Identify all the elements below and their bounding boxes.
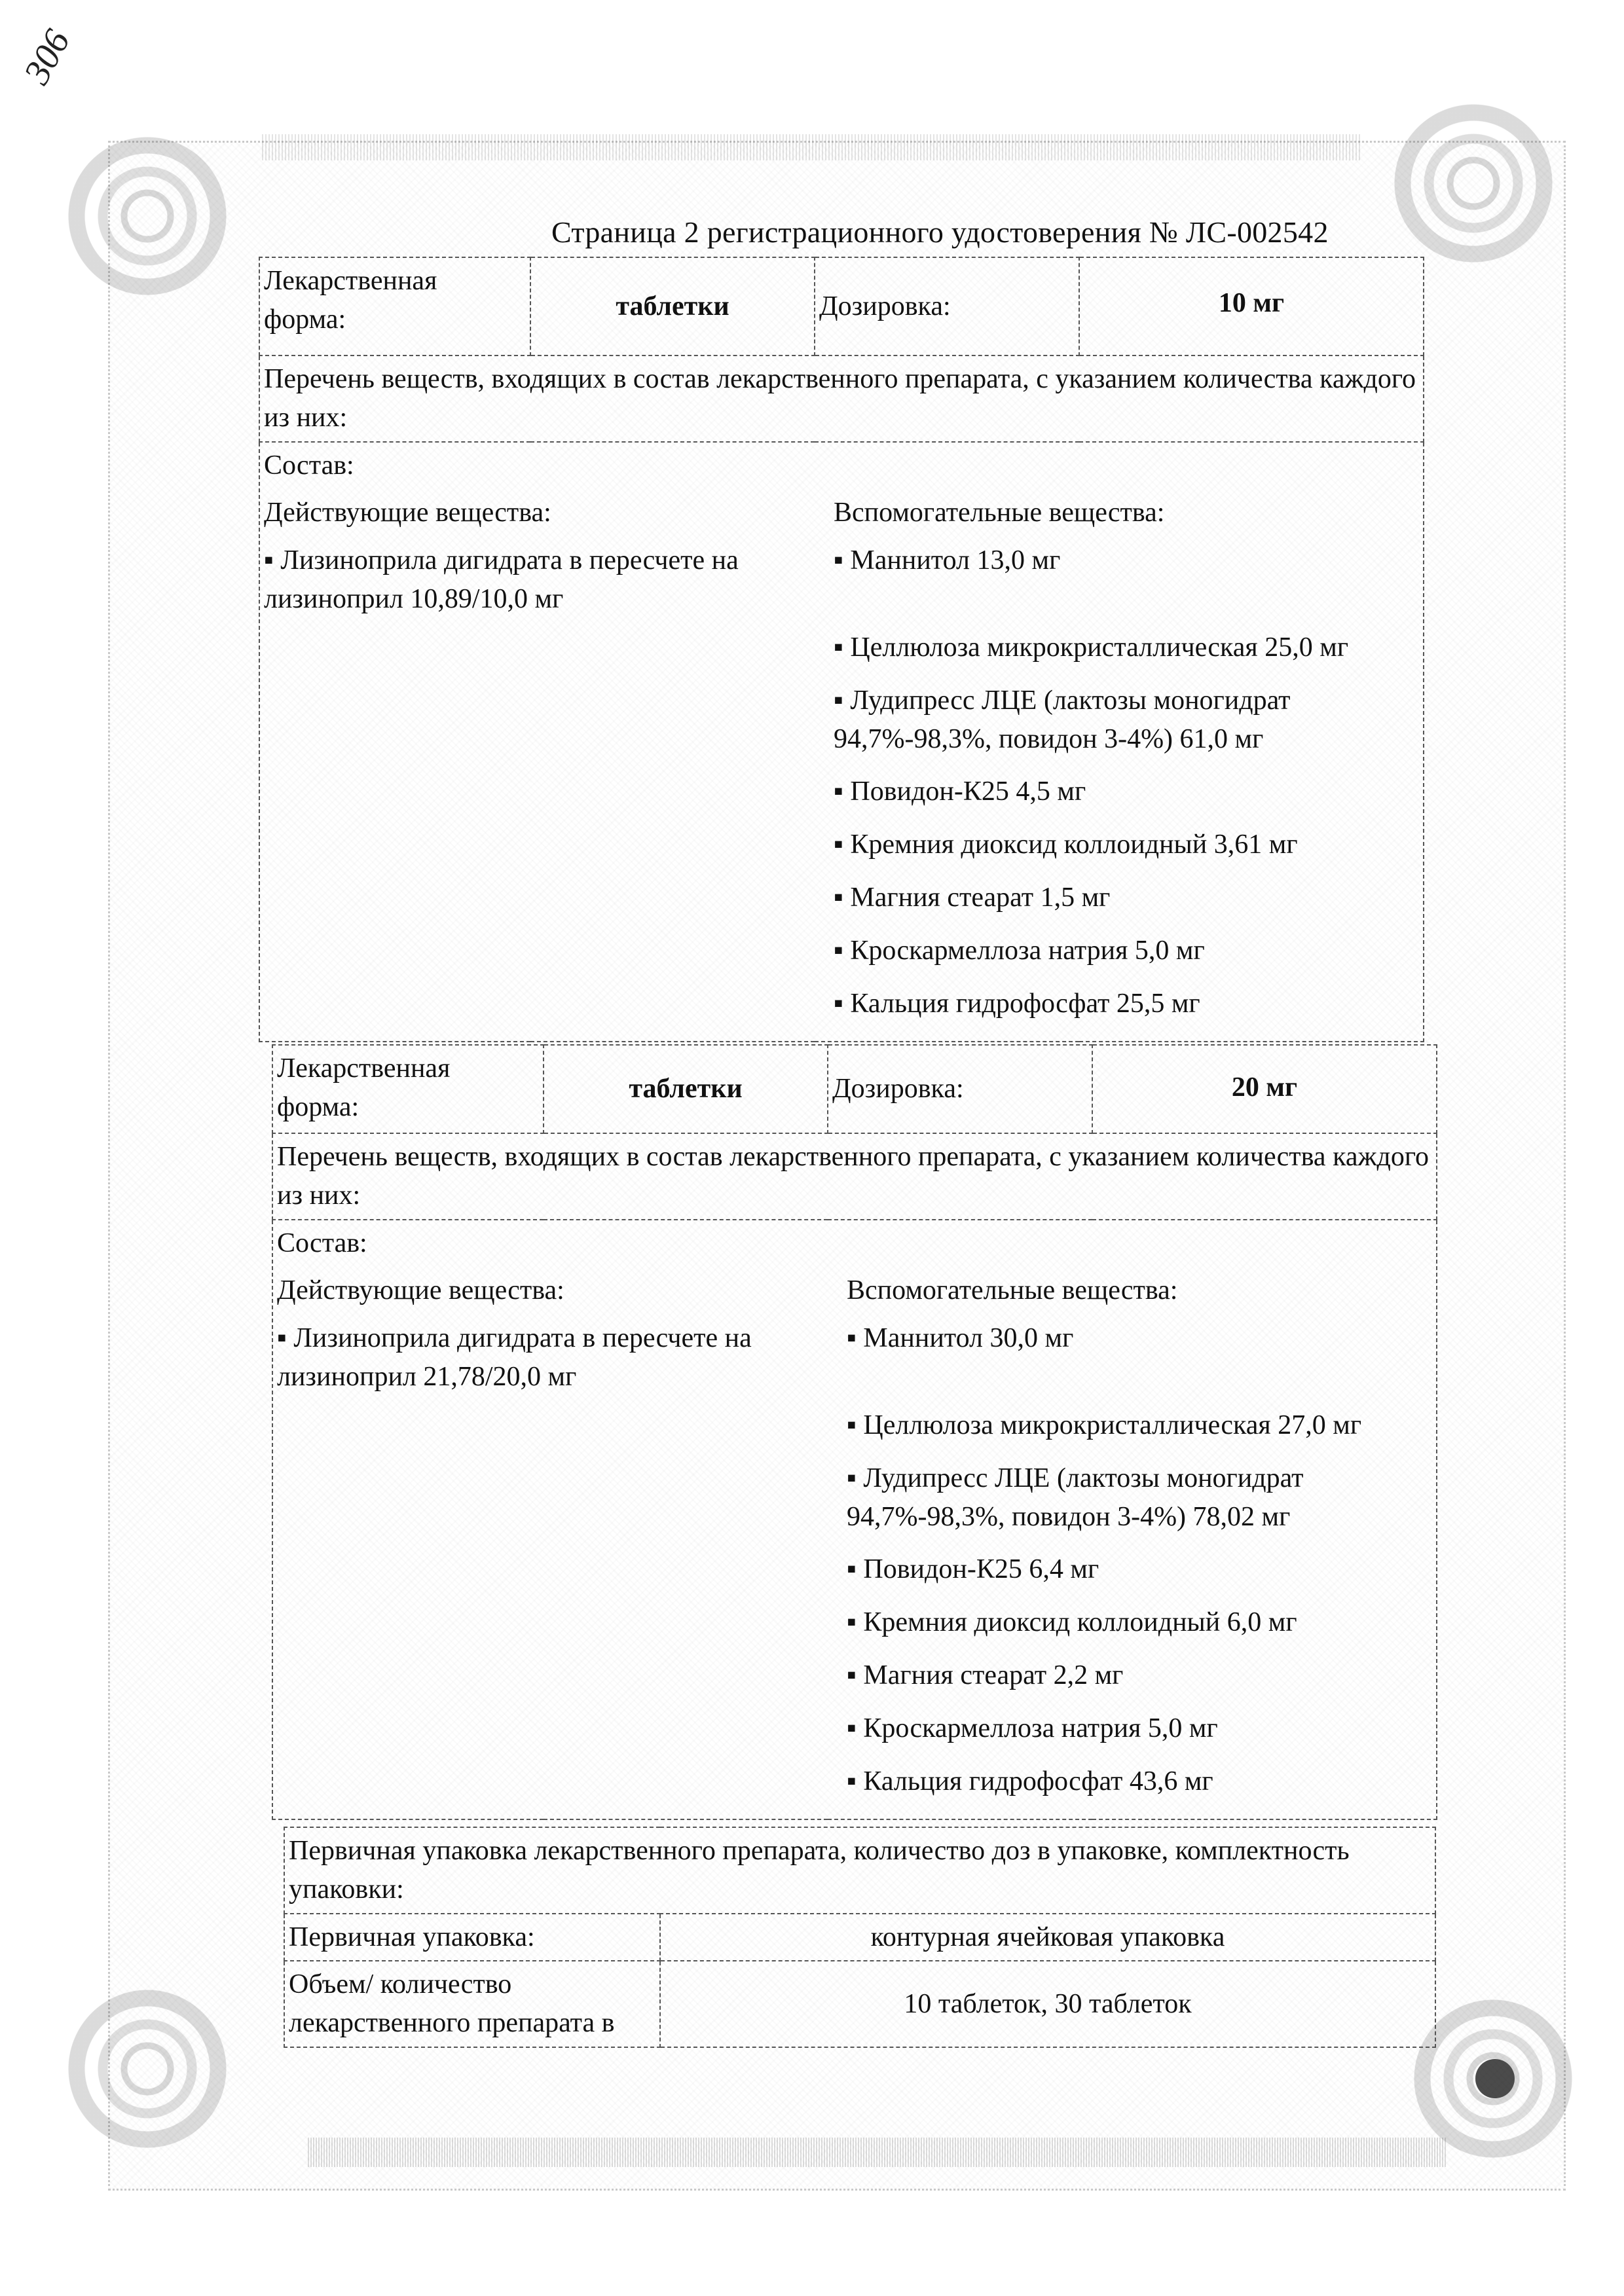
rosette-ornament-icon bbox=[1388, 98, 1559, 268]
active-substance-item: Лизиноприла дигидрата в пересчете на лиз… bbox=[277, 1319, 834, 1396]
active-substance-item: Лизиноприла дигидрата в пересчете на лиз… bbox=[264, 541, 821, 619]
substances-list-heading: Перечень веществ, входящих в состав лека… bbox=[272, 1133, 1437, 1220]
composition-cell: Состав: Действующие вещества: Лизиноприл… bbox=[259, 442, 1424, 1042]
packaging-heading: Первичная упаковка лекарственного препар… bbox=[284, 1827, 1435, 1914]
rosette-ornament-icon bbox=[62, 131, 232, 301]
punch-hole-icon bbox=[1475, 2059, 1515, 2098]
page-title: Страница 2 регистрационного удостоверени… bbox=[551, 215, 1329, 249]
handwritten-page-number: 306 bbox=[16, 23, 79, 91]
dosage-form-value: таблетки bbox=[530, 257, 815, 355]
excipient-item: Кальция гидрофосфат 43,6 мг bbox=[847, 1762, 1432, 1801]
excipient-item: Кроскармеллоза натрия 5,0 мг bbox=[847, 1709, 1432, 1748]
dosage-form-label: Лекарственная форма: bbox=[272, 1045, 544, 1133]
excipient-item: Повидон-К25 6,4 мг bbox=[847, 1550, 1432, 1589]
dosage-label: Дозировка: bbox=[815, 257, 1079, 355]
excipient-item: Лудипресс ЛЦЕ (лактозы моногидрат 94,7%-… bbox=[847, 1459, 1432, 1537]
substances-list-heading: Перечень веществ, входящих в состав лека… bbox=[259, 355, 1424, 442]
composition-label: Состав: bbox=[264, 446, 1419, 485]
primary-packaging-value: контурная ячейковая упаковка bbox=[660, 1914, 1435, 1961]
excipient-item: Кальция гидрофосфат 25,5 мг bbox=[834, 985, 1419, 1023]
excipient-item: Лудипресс ЛЦЕ (лактозы моногидрат 94,7%-… bbox=[834, 682, 1419, 759]
dosage-form-value: таблетки bbox=[544, 1045, 828, 1133]
excipient-item: Кремния диоксид коллоидный 3,61 мг bbox=[834, 826, 1419, 864]
dosage-value: 20 мг bbox=[1092, 1045, 1437, 1133]
excipients-label: Вспомогательные вещества: bbox=[847, 1271, 1432, 1310]
composition-table-20mg: Лекарственная форма: таблетки Дозировка:… bbox=[272, 1044, 1437, 1820]
excipient-item: Повидон-К25 4,5 мг bbox=[834, 773, 1419, 811]
dosage-value: 10 мг bbox=[1079, 257, 1424, 355]
security-band-top bbox=[262, 134, 1362, 160]
excipient-item: Маннитол 13,0 мг bbox=[834, 541, 1419, 580]
dosage-form-label: Лекарственная форма: bbox=[259, 257, 530, 355]
composition-table-10mg: Лекарственная форма: таблетки Дозировка:… bbox=[259, 257, 1424, 1042]
rosette-ornament-icon bbox=[62, 1984, 232, 2154]
active-substances-label: Действующие вещества: bbox=[264, 494, 821, 532]
primary-packaging-label: Первичная упаковка: bbox=[284, 1914, 660, 1961]
excipient-item: Магния стеарат 1,5 мг bbox=[834, 879, 1419, 917]
composition-label: Состав: bbox=[277, 1224, 1432, 1263]
excipient-item: Целлюлоза микрокристаллическая 27,0 мг bbox=[847, 1406, 1432, 1445]
excipients-label: Вспомогательные вещества: bbox=[834, 494, 1419, 532]
active-substances-label: Действующие вещества: bbox=[277, 1271, 834, 1310]
excipient-item: Маннитол 30,0 мг bbox=[847, 1319, 1432, 1358]
excipient-item: Кроскармеллоза натрия 5,0 мг bbox=[834, 932, 1419, 970]
excipient-item: Целлюлоза микрокристаллическая 25,0 мг bbox=[834, 629, 1419, 667]
excipient-item: Магния стеарат 2,2 мг bbox=[847, 1656, 1432, 1695]
volume-quantity-value: 10 таблеток, 30 таблеток bbox=[660, 1961, 1435, 2047]
security-band-bottom bbox=[308, 2138, 1447, 2167]
excipient-item: Кремния диоксид коллоидный 6,0 мг bbox=[847, 1603, 1432, 1642]
packaging-table: Первичная упаковка лекарственного препар… bbox=[284, 1827, 1436, 2048]
dosage-label: Дозировка: bbox=[828, 1045, 1092, 1133]
volume-quantity-label: Объем/ количество лекарственного препара… bbox=[284, 1961, 660, 2047]
composition-cell: Состав: Действующие вещества: Лизиноприл… bbox=[272, 1220, 1437, 1820]
